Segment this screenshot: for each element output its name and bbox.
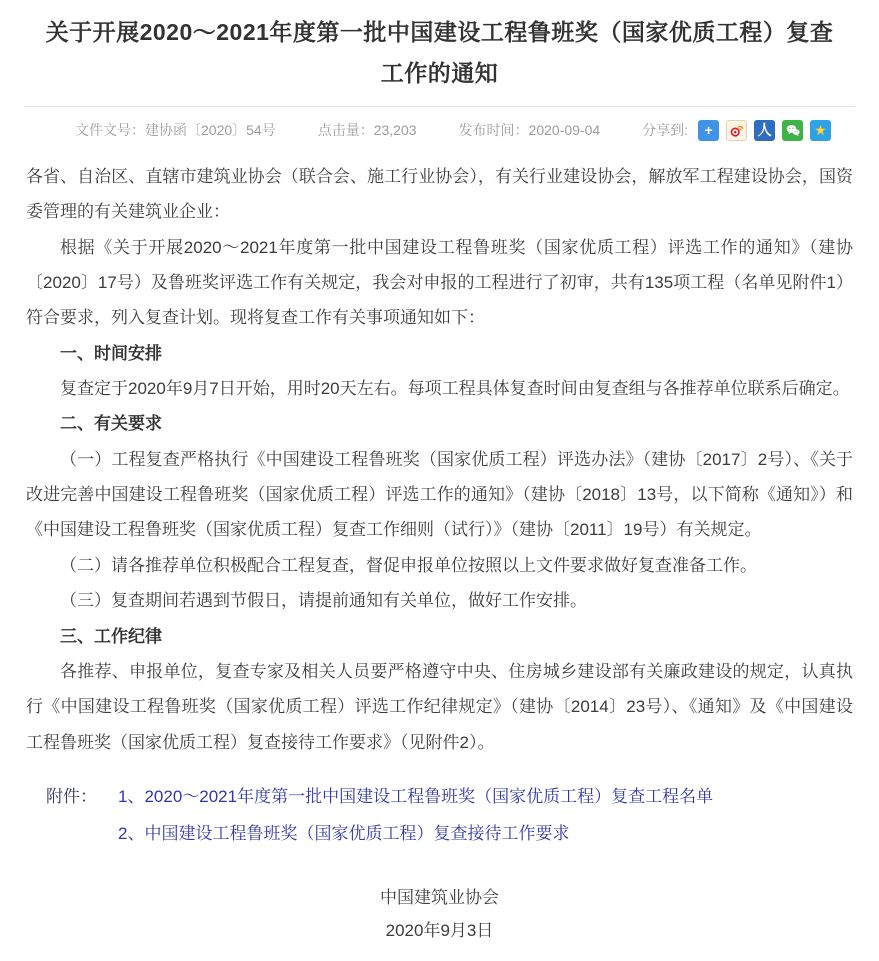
section-heading: 一、时间安排 <box>26 336 853 371</box>
wechat-icon[interactable] <box>782 120 803 141</box>
attachment-row: 附件： 1、2020～2021年度第一批中国建设工程鲁班奖（国家优质工程）复查工… <box>46 778 853 815</box>
signature-block: 中国建筑业协会 2020年9月3日 <box>0 853 879 961</box>
meta-bar: 文件文号：建协函〔2020〕54号 点击量：23,203 发布时间：2020-0… <box>0 107 879 151</box>
publish-date-value: 2020-09-04 <box>529 122 601 138</box>
share-icon-row: +人★ <box>698 120 838 141</box>
attachment-link-1[interactable]: 1、2020～2021年度第一批中国建设工程鲁班奖（国家优质工程）复查工程名单 <box>118 778 713 815</box>
qzone-icon[interactable]: ★ <box>810 120 831 141</box>
attachments-label: 附件： <box>46 778 118 815</box>
issuing-organization: 中国建筑业协会 <box>26 881 853 914</box>
document-paragraph: 各推荐、申报单位，复查专家及相关人员要严格遵守中央、住房城乡建设部有关廉政建设的… <box>26 654 853 760</box>
issue-date: 2020年9月3日 <box>26 914 853 947</box>
document-paragraph: 根据《关于开展2020～2021年度第一批中国建设工程鲁班奖（国家优质工程）评选… <box>26 230 853 336</box>
share-more-icon[interactable]: + <box>698 120 719 141</box>
document-paragraph: 各省、自治区、直辖市建筑业协会（联合会、施工行业协会），有关行业建设协会，解放军… <box>26 159 853 230</box>
share-bar: 分享到: +人★ <box>642 120 838 141</box>
document-paragraph: 复查定于2020年9月7日开始，用时20天左右。每项工程具体复查时间由复查组与各… <box>26 371 853 406</box>
share-label: 分享到: <box>642 120 688 140</box>
sina-weibo-icon[interactable] <box>726 120 747 141</box>
attachment-row: 2、中国建设工程鲁班奖（国家优质工程）复查接待工作要求 <box>46 815 853 852</box>
document-paragraph: （一）工程复查严格执行《中国建设工程鲁班奖（国家优质工程）评选办法》（建协〔20… <box>26 442 853 548</box>
renren-icon[interactable]: 人 <box>754 120 775 141</box>
page-title-line2: 工作的通知 <box>381 60 499 86</box>
hit-count-label: 点击量： <box>318 120 374 140</box>
doc-number: 文件文号：建协函〔2020〕54号 <box>75 120 276 140</box>
publish-date: 发布时间：2020-09-04 <box>459 120 601 140</box>
hit-count: 点击量：23,203 <box>318 120 417 140</box>
attachment-link-2[interactable]: 2、中国建设工程鲁班奖（国家优质工程）复查接待工作要求 <box>118 815 569 852</box>
attachments: 附件： 1、2020～2021年度第一批中国建设工程鲁班奖（国家优质工程）复查工… <box>0 760 879 853</box>
section-heading: 二、有关要求 <box>26 406 853 441</box>
page-title: 关于开展2020～2021年度第一批中国建设工程鲁班奖（国家优质工程）复查 工作… <box>0 0 879 94</box>
doc-number-value: 建协函〔2020〕54号 <box>145 120 276 140</box>
document-body: 各省、自治区、直辖市建筑业协会（联合会、施工行业协会），有关行业建设协会，解放军… <box>0 151 879 760</box>
doc-number-label: 文件文号： <box>75 120 145 140</box>
section-heading: 三、工作纪律 <box>26 619 853 654</box>
attachments-label-spacer <box>46 815 118 852</box>
publish-date-label: 发布时间： <box>459 120 529 140</box>
hit-count-value: 23,203 <box>374 122 417 138</box>
document-paragraph: （二）请各推荐单位积极配合工程复查，督促申报单位按照以上文件要求做好复查准备工作… <box>26 548 853 583</box>
page-title-line1: 关于开展2020～2021年度第一批中国建设工程鲁班奖（国家优质工程）复查 <box>46 19 834 45</box>
notice-page: 关于开展2020～2021年度第一批中国建设工程鲁班奖（国家优质工程）复查 工作… <box>0 0 879 961</box>
document-paragraph: （三）复查期间若遇到节假日，请提前通知有关单位，做好工作安排。 <box>26 583 853 618</box>
